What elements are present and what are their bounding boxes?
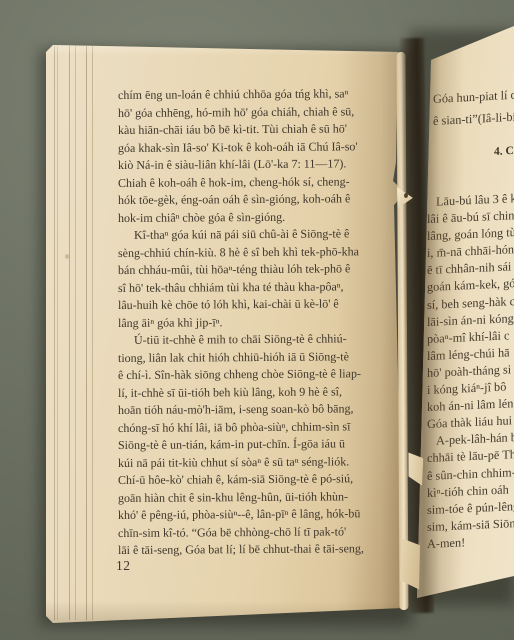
section-heading: 4. C: [494, 145, 514, 158]
text-line: lāi ê tāi-seng, Góa bat lí; lí bē chhut-…: [118, 540, 404, 559]
text-line: hok-im chiâⁿ chòe góa ê sìn-gióng.: [118, 208, 404, 227]
text-line: chím ēng un-loán ê chhiú chhōa góa tńg k…: [118, 85, 404, 104]
text-line: Chiah ê koh-oáh ê hok-im, cheng-hók sí, …: [118, 173, 404, 192]
paper-speck: [65, 254, 69, 259]
text-line: lâng āiⁿ góa khì jip-īⁿ.: [118, 313, 404, 332]
right-page-quote-lines: Góa hun-piat lí chòeê sian-ti”(Iâ-li-bí …: [433, 81, 514, 132]
text-line: chóng-sī hó khí lâi, iā bô phòa-siùⁿ, ch…: [118, 418, 404, 437]
text-line: Chí-ū hôe-kò' chiah ê, kám-siā Siōng-tè …: [118, 470, 404, 489]
text-line: kúi nā pái tit-kiù chhut sí sòaⁿ ê sū ta…: [118, 453, 404, 472]
page-number: 12: [116, 558, 131, 574]
text-line: lâu-huih kè chōe tó lóh khì, kai-chài ū …: [118, 295, 404, 314]
text-line: ê chí-ì. Sîn-hàk siōng chheng chòe Siōng…: [118, 365, 404, 384]
text-line: tiong, liân lak chit hióh chhiū-hióh iā …: [118, 348, 404, 367]
text-line: chīn-sim kî-tó. “Góa bē chhòng-chō lí tī…: [118, 523, 404, 542]
stacked-page-edge-line: [92, 46, 93, 620]
text-line: Ú-tiū it-chhè ê mih to chāi Siōng-tè ê c…: [118, 330, 404, 349]
right-page-text-column: Lāu-bú lâu 3 ê klâi ê āu-bú sī chinlâng,…: [427, 188, 514, 553]
stacked-page-edge-line: [86, 46, 87, 620]
text-line: sèng-chhiú chín-kiù. 8 hè ê sî beh khì t…: [118, 243, 404, 262]
text-line: lí, it-chhè sī ūi-tióh beh kiù lâng, koh…: [118, 383, 404, 402]
torn-edge-speck: [404, 193, 408, 198]
text-line: sî hō' tek-thâu chhiám tùi kha té thàu k…: [118, 278, 404, 297]
text-line: Siōng-tè ê un-tián, kám-in put-chīn. Í-g…: [118, 435, 404, 454]
text-line: goān hiàn chit ê sin-khu lêng-hûn, ūi-ti…: [118, 488, 404, 507]
stacked-page-edge-line: [69, 46, 70, 620]
text-line: hō' góa chhēng, hó-mih hō' góa chiáh, ch…: [118, 103, 404, 122]
left-page-text-column: chím ēng un-loán ê chhiú chhōa góa tńg k…: [118, 85, 404, 559]
text-line: góa khak-sìn Iâ-so' Ki-tok ê koh-oáh iā …: [118, 138, 404, 157]
text-line: kàu hiān-chāi iáu bô bē kì-tit. Tùi chia…: [118, 120, 404, 139]
text-line: kiò Ná-in ê siàu-liân khí-lâi (Lō'-ka 7:…: [118, 155, 404, 174]
stacked-page-edge-line: [54, 46, 55, 620]
stacked-page-edge-line: [75, 46, 76, 620]
stacked-page-edge-line: [57, 46, 58, 620]
text-line: hoān tióh náu-mò'h-iām, i-seng soan-kò b…: [118, 400, 404, 419]
photo-background: { "colors":{ "background":"#6d7264", "pa…: [0, 0, 514, 640]
book-left-page: chím ēng un-loán ê chhiú chhōa góa tńg k…: [46, 44, 410, 624]
text-line: bán chháu-mûi, tùi hōaⁿ-téng thiàu lóh t…: [118, 260, 404, 279]
text-line: khó' ê pêng-iú, phòa-siùⁿ--ê, lân-pīⁿ ê …: [118, 505, 404, 524]
text-line: hók tōe-gèk, éng-oán oáh ê sìn-gióng, ko…: [118, 190, 404, 209]
text-line: Kî-thaⁿ góa kúi nā pái siū chû-ài ê Siōn…: [118, 225, 404, 244]
